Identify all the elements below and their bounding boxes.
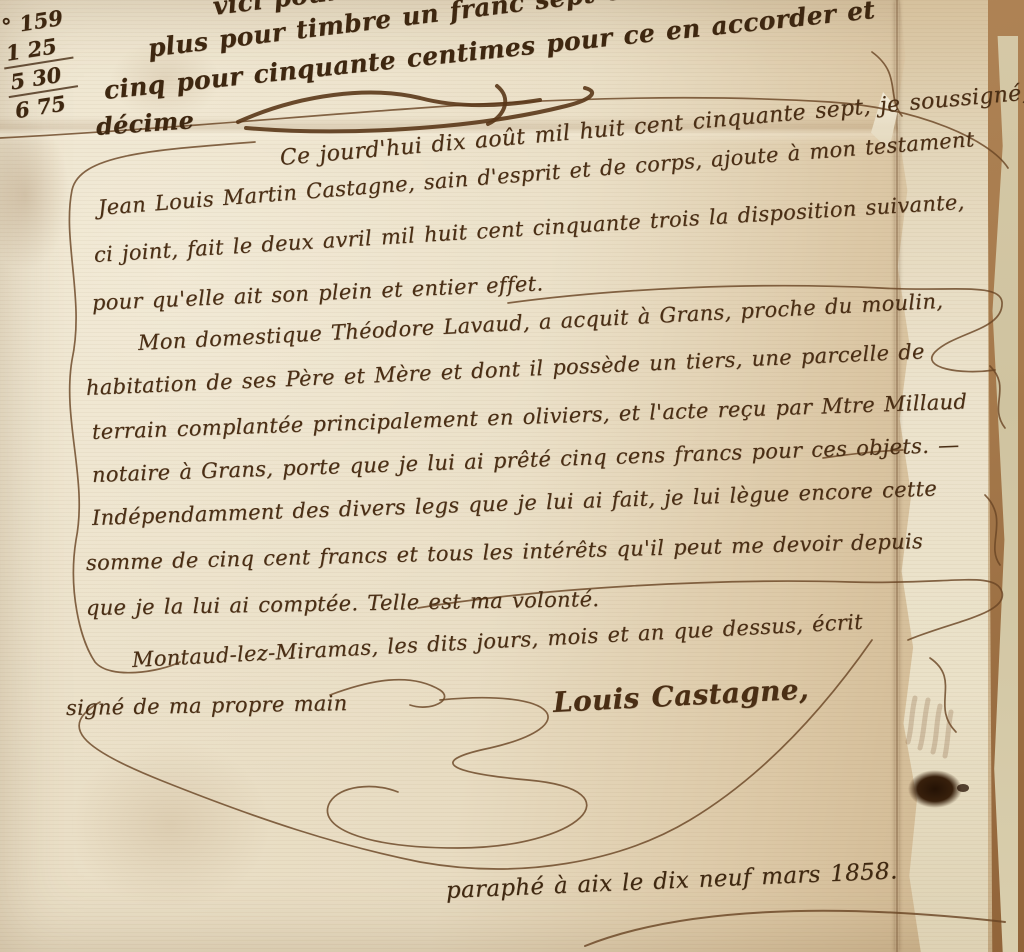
closing-line: signé de ma propre main: [66, 691, 348, 720]
paper-stain: [70, 740, 270, 910]
photograph-of-manuscript: ° 159 1 25 5 30 6 75 vici pour timbre ce…: [0, 0, 1024, 952]
ink-blot: [908, 770, 962, 808]
